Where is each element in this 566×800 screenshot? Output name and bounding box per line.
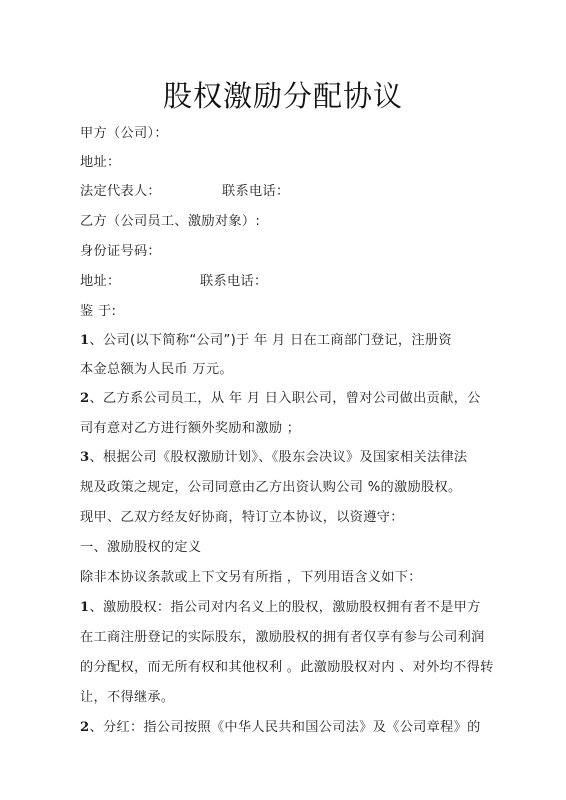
definition-1-line-2: 在工商注册登记的实际股东，激励股权的拥有者仅享有参与公司利润 [80,626,485,645]
party-a-legal-rep-label: 法定代表人： [80,180,161,199]
recital-text: 、公司(以下简称“公司”)于 年 月 日在工商部门登记，注册资 [89,333,451,348]
recital-2-line-2: 司有意对乙方进行额外奖励和激励 ； [80,417,300,436]
recital-text: 、根据公司《股权激励计划》、《股东会决议》及国家相关法律法 [89,450,467,465]
party-a-label: 甲方（公司）： [80,122,168,141]
definition-1-line-3: 的分配权，而无所有权和其他权利 。此激励股权对内 、对外均不得转 [80,656,494,675]
recital-3-line-2: 规及政策之规定，公司同意由乙方出资认购公司 %的激励股权。 [80,476,461,495]
section-1-heading: 一、激励股权的定义 [80,536,201,555]
party-b-id-label: 身份证号码： [80,240,161,259]
recital-2-line-1: 2、乙方系公司员工，从 年 月 日入职公司，曾对公司做出贡献，公 [80,387,481,406]
recital-text: 、乙方系公司员工，从 年 月 日入职公司，曾对公司做出贡献，公 [89,391,480,406]
party-a-phone-label: 联系电话： [222,180,289,199]
definition-1-line-1: 1、激励股权：指公司对内名义上的股权，激励股权拥有者不是甲方 [80,596,481,615]
definition-text: 、激励股权：指公司对内名义上的股权，激励股权拥有者不是甲方 [89,600,480,615]
recital-1-line-1: 1、公司(以下简称“公司”)于 年 月 日在工商部门登记，注册资 [80,329,452,348]
agreement-statement: 现甲、乙双方经友好协商，特订立本协议，以资遵守： [80,506,404,525]
whereas-label: 鉴 于: [80,300,116,319]
recital-1-line-2: 本金总额为人民币 万元。 [80,358,233,377]
page-title: 股权激励分配协议 [0,74,566,115]
party-b-phone-label: 联系电话： [200,270,267,289]
party-a-address-label: 地址： [80,151,120,170]
recital-3-line-1: 3、根据公司《股权激励计划》、《股东会决议》及国家相关法律法 [80,446,467,465]
definition-2-line-1: 2、分红：指公司按照《中华人民共和国公司法》及《公司章程》的 [80,716,481,735]
definition-1-line-4: 让，不得继承。 [80,686,174,705]
party-b-address-label: 地址： [80,270,120,289]
definition-text: 、分红：指公司按照《中华人民共和国公司法》及《公司章程》的 [89,720,480,735]
party-b-label: 乙方（公司员工、激励对象）: [80,210,260,229]
definitions-intro: 除非本协议条款或上下文另有所指 ，下列用语含义如下： [80,566,422,585]
